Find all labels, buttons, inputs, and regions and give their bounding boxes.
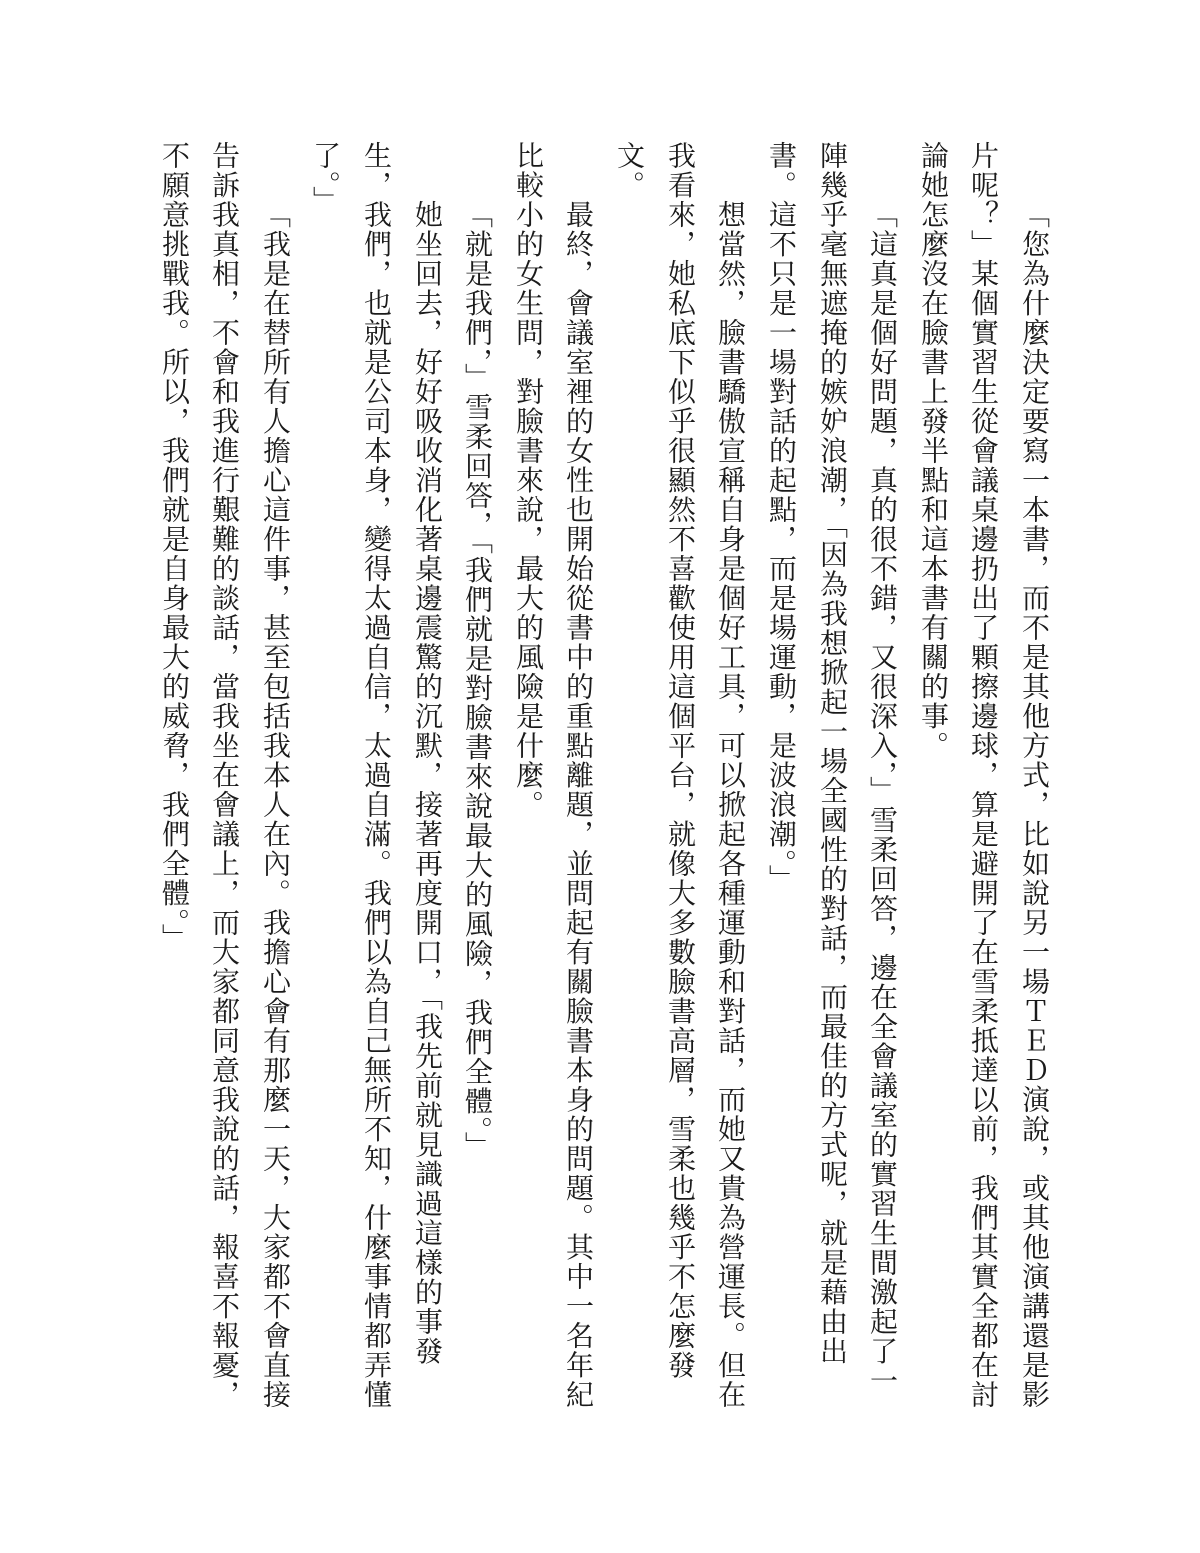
paragraph-4-line-2: 比較小的女生問，對臉書來說，最大的風險是什麼。 bbox=[503, 141, 553, 1416]
document-page: 「您為什麼決定要寫一本書，而不是其他方式，比如說另一場ＴＥＤ演說，或其他演講還是… bbox=[0, 0, 1200, 1553]
paragraph-4-line-1: 最終，會議室裡的女性也開始從書中的重點離題，並問起有關臉書本身的問題。其中一名年… bbox=[553, 141, 603, 1475]
paragraph-3-line-1: 想當然，臉書驕傲宣稱自身是個好工具，可以掀起各種運動和對話，而她又貴為營運長。但… bbox=[705, 141, 755, 1475]
paragraph-1-line-1: 「您為什麼決定要寫一本書，而不是其他方式，比如說另一場ＴＥＤ演說，或其他演講還是… bbox=[1009, 141, 1059, 1475]
paragraph-7-line-2: 告訴我真相，不會和我進行艱難的談話，當我坐在會議上，而大家都同意我說的話，報喜不… bbox=[199, 141, 249, 1416]
paragraph-1-line-2: 片呢？」某個實習生從會議桌邊扔出了顆擦邊球，算是避開了在雪柔抵達以前，我們其實全… bbox=[958, 141, 1008, 1416]
paragraph-3-line-3: 文。 bbox=[604, 141, 654, 1416]
paragraph-6-line-1: 她坐回去，好好吸收消化著桌邊震驚的沉默，接著再度開口，「我先前就見識過這樣的事發 bbox=[402, 141, 452, 1475]
paragraph-2-line-1: 「這真是個好問題，真的很不錯，又很深入，」雪柔回答，邊在全會議室的實習生間激起了… bbox=[857, 141, 907, 1475]
paragraph-3-line-2: 我看來，她私底下似乎很顯然不喜歡使用這個平台，就像大多數臉書高層，雪柔也幾乎不怎… bbox=[655, 141, 705, 1416]
paragraph-7-line-3: 不願意挑戰我。所以，我們就是自身最大的威脅，我們全體。」 bbox=[149, 141, 199, 1416]
paragraph-6-line-2: 生，我們，也就是公司本身，變得太過自信，太過自滿。我們以為自己無所不知，什麼事情… bbox=[351, 141, 401, 1416]
paragraph-2-line-3: 書。這不只是一場對話的起點，而是場運動，是波浪潮。」 bbox=[756, 141, 806, 1416]
paragraph-5-line-1: 「就是我們，」雪柔回答，「我們就是對臉書來說最大的風險，我們全體。」 bbox=[452, 141, 502, 1475]
paragraph-6-line-3: 了。」 bbox=[300, 141, 350, 1416]
paragraph-7-line-1: 「我是在替所有人擔心這件事，甚至包括我本人在內。我擔心會有那麼一天，大家都不會直… bbox=[250, 141, 300, 1475]
paragraph-1-line-3: 論她怎麼沒在臉書上發半點和這本書有關的事。 bbox=[908, 141, 958, 1416]
paragraph-2-line-2: 陣幾乎毫無遮掩的嫉妒浪潮，「因為我想掀起一場全國性的對話，而最佳的方式呢，就是藉… bbox=[807, 141, 857, 1416]
